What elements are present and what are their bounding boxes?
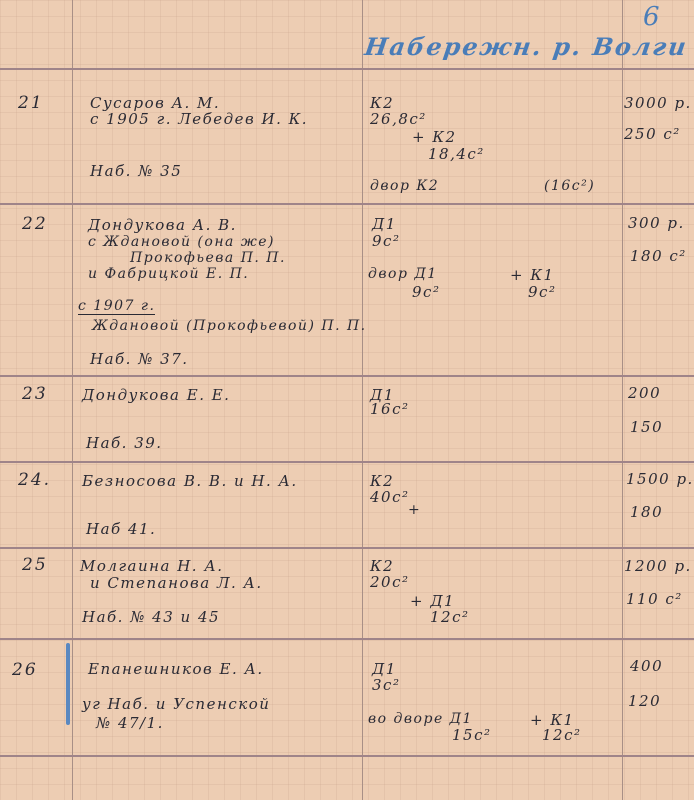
- row-divider: [0, 755, 694, 757]
- value-price: 1200 р.: [624, 557, 692, 575]
- row-divider: [0, 461, 694, 463]
- building-area: 12с²: [542, 726, 582, 744]
- entry-number: 25: [22, 555, 48, 575]
- address: уг Наб. и Успенской: [82, 695, 270, 713]
- entry-number: 26: [12, 660, 38, 680]
- value-area: 110 с²: [626, 590, 683, 608]
- building-area: 16с²: [370, 400, 410, 418]
- building-extra: +: [408, 502, 421, 518]
- column-divider-buildings: [622, 0, 623, 800]
- header-divider: [0, 68, 694, 70]
- address: Наб. № 35: [90, 162, 182, 180]
- entry-number: 21: [18, 93, 44, 113]
- row-divider: [0, 375, 694, 377]
- building-area: 18,4с²: [428, 145, 485, 163]
- entry-number: 24.: [18, 470, 51, 490]
- margin-mark: [66, 643, 70, 725]
- owner-name: с 1905 г. Лебедев И. К.: [90, 110, 308, 128]
- building-area: 26,8с²: [370, 110, 427, 128]
- column-divider-number: [72, 0, 73, 800]
- building-area: 9с²: [372, 232, 400, 250]
- row-divider: [0, 203, 694, 205]
- column-divider-owner: [362, 0, 363, 800]
- owner-name: с Ждановой (она же): [88, 234, 275, 250]
- building-area: (16с²): [544, 178, 595, 194]
- building-area: 9с²: [412, 283, 440, 301]
- page-number: 6: [643, 2, 661, 32]
- owner-name: и Фабрицкой Е. П.: [88, 266, 249, 282]
- owner-name: Епанешников Е. А.: [88, 660, 264, 678]
- building-code: + К2: [412, 128, 457, 146]
- value-price: 3000 р.: [624, 94, 692, 112]
- building-code: двор К2: [370, 178, 439, 194]
- building-code: двор Д1: [368, 266, 438, 282]
- value-area: 250 с²: [624, 125, 681, 143]
- value-price: 1500 р.: [626, 470, 694, 488]
- building-area: 15с²: [452, 726, 492, 744]
- owner-name: Дондукова Е. Е.: [82, 386, 230, 404]
- value-area: 150: [630, 418, 663, 436]
- address: № 47/1.: [96, 714, 164, 732]
- building-area: 9с²: [528, 283, 556, 301]
- owner-name: Ждановой (Прокофьевой) П. П.: [92, 318, 367, 334]
- address: Наб. № 43 и 45: [82, 608, 220, 626]
- value-price: 400: [630, 657, 663, 675]
- value-area: 180 с²: [630, 247, 687, 265]
- value-area: 120: [628, 692, 661, 710]
- building-code: во дворе Д1: [368, 711, 473, 727]
- street-title: Набережн. р. Волги: [363, 32, 690, 61]
- owner-name: Безносова В. В. и Н. А.: [82, 472, 298, 490]
- address: Наб. 39.: [86, 434, 163, 452]
- building-area: 3с²: [372, 676, 400, 694]
- row-divider: [0, 547, 694, 549]
- entry-number: 22: [22, 214, 48, 234]
- value-area: 180: [630, 503, 663, 521]
- owner-change-year: с 1907 г.: [78, 298, 155, 315]
- owner-name: Дондукова А. В.: [88, 216, 237, 234]
- owner-name: и Степанова Л. А.: [90, 574, 263, 592]
- building-area: 12с²: [430, 608, 470, 626]
- building-area: 40с²: [370, 488, 410, 506]
- row-divider: [0, 638, 694, 640]
- owner-name: Молгаина Н. А.: [80, 557, 223, 575]
- building-code: Д1: [372, 215, 397, 233]
- entry-number: 23: [22, 384, 48, 404]
- address: Наб. № 37.: [90, 350, 189, 368]
- value-price: 300 р.: [628, 214, 685, 232]
- value-price: 200: [628, 384, 661, 402]
- building-area: 20с²: [370, 573, 410, 591]
- address: Наб 41.: [86, 520, 156, 538]
- building-code: + К1: [510, 266, 555, 284]
- owner-name: Прокофьева П. П.: [130, 250, 286, 266]
